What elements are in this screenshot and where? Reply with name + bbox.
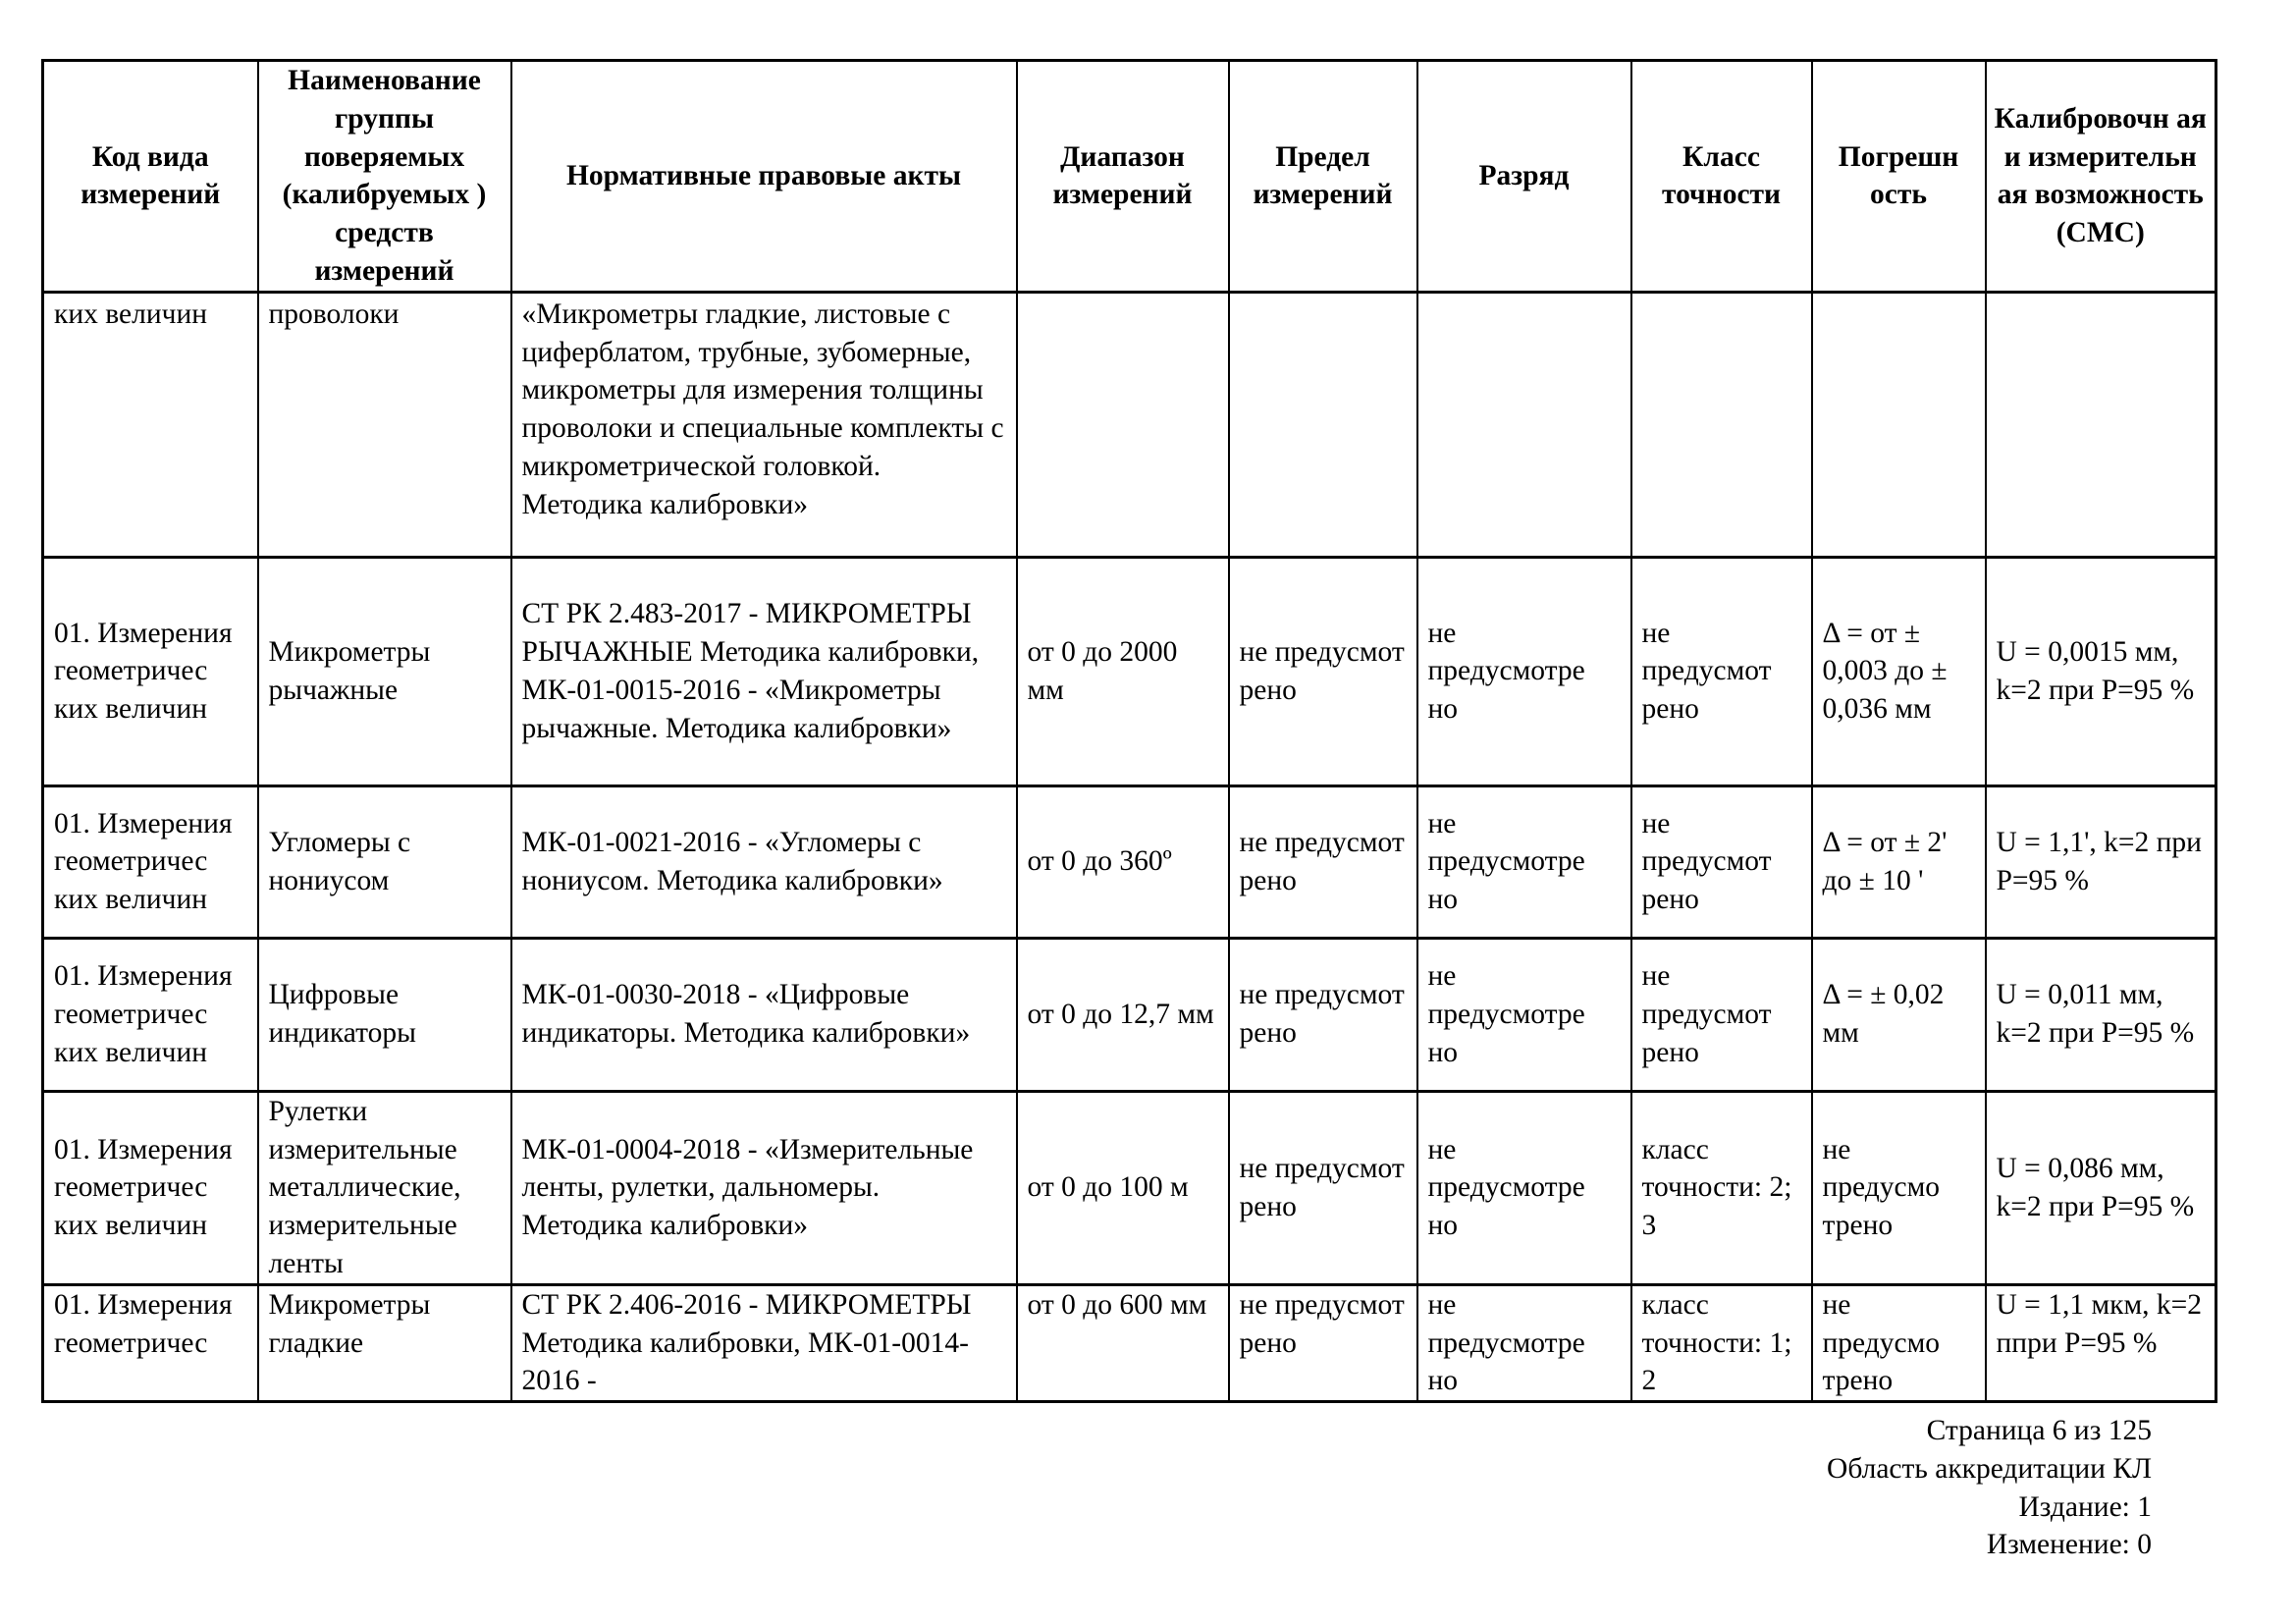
cell-cmc: U = 0,086 мм, k=2 при P=95 % [1986, 1091, 2216, 1284]
cell-cmc: U = 0,011 мм, k=2 при P=95 % [1986, 938, 2216, 1091]
cell-grade: не предусмотре но [1417, 1091, 1631, 1284]
table-header-row: Код вида измерений Наименование группы п… [43, 61, 2216, 293]
cell-code: 01. Измерения геометричес ких величин [43, 1091, 258, 1284]
cell-group: Цифровые индикаторы [258, 938, 511, 1091]
cell-code: ких величин [43, 292, 258, 557]
cell-group: Микрометры рычажные [258, 557, 511, 785]
cell-accuracy-class: класс точности: 2; 3 [1631, 1091, 1812, 1284]
cell-grade: не предусмотре но [1417, 785, 1631, 938]
header-group: Наименование группы поверяемых (калибруе… [258, 61, 511, 293]
header-error: Погрешн ость [1812, 61, 1986, 293]
cell-accuracy-class [1631, 292, 1812, 557]
cell-limit: не предусмот рено [1229, 785, 1417, 938]
cell-range: от 0 до 12,7 мм [1017, 938, 1229, 1091]
cell-accuracy-class: не предусмот рено [1631, 557, 1812, 785]
cell-group: Рулетки измерительные металлические, изм… [258, 1091, 511, 1284]
cell-cmc: U = 1,1 мкм, k=2 ппри P=95 % [1986, 1284, 2216, 1401]
table-row: 01. Измерения геометричес ких величин Уг… [43, 785, 2216, 938]
cell-limit [1229, 292, 1417, 557]
cell-acts: МК-01-0021-2016 - «Угломеры с нониусом. … [511, 785, 1017, 938]
cell-grade: не предусмотре но [1417, 557, 1631, 785]
cell-limit: не предусмот рено [1229, 938, 1417, 1091]
cell-code: 01. Измерения геометричес ких величин [43, 785, 258, 938]
document-scope: Область аккредитации КЛ [1827, 1450, 2152, 1489]
cell-error [1812, 292, 1986, 557]
header-grade: Разряд [1417, 61, 1631, 293]
table-row: 01. Измерения геометричес Микрометры гла… [43, 1284, 2216, 1401]
cell-limit: не предусмот рено [1229, 1091, 1417, 1284]
cell-acts: СТ РК 2.483-2017 - МИКРОМЕТРЫ РЫЧАЖНЫЕ М… [511, 557, 1017, 785]
header-cmc: Калибровочн ая и измерительн ая возможно… [1986, 61, 2216, 293]
header-range: Диапазон измерений [1017, 61, 1229, 293]
cell-cmc [1986, 292, 2216, 557]
table-row: 01. Измерения геометричес ких величин Ци… [43, 938, 2216, 1091]
cell-range [1017, 292, 1229, 557]
cell-range: от 0 до 2000 мм [1017, 557, 1229, 785]
page-footer: Страница 6 из 125 Область аккредитации К… [1827, 1412, 2152, 1564]
cell-accuracy-class: класс точности: 1; 2 [1631, 1284, 1812, 1401]
cell-code: 01. Измерения геометричес ких величин [43, 938, 258, 1091]
cell-grade: не предусмотре но [1417, 938, 1631, 1091]
page-number: Страница 6 из 125 [1827, 1412, 2152, 1450]
cell-range: от 0 до 600 мм [1017, 1284, 1229, 1401]
header-limit: Предел измерений [1229, 61, 1417, 293]
revision: Изменение: 0 [1827, 1526, 2152, 1564]
cell-limit: не предусмот рено [1229, 1284, 1417, 1401]
table-row: 01. Измерения геометричес ких величин Ми… [43, 557, 2216, 785]
cell-range: от 0 до 360º [1017, 785, 1229, 938]
cell-code: 01. Измерения геометричес ких величин [43, 557, 258, 785]
cell-limit: не предусмот рено [1229, 557, 1417, 785]
cell-group: проволоки [258, 292, 511, 557]
table-row: ких величин проволоки «Микрометры гладки… [43, 292, 2216, 557]
cell-error: не предусмо трено [1812, 1091, 1986, 1284]
cell-acts: СТ РК 2.406-2016 - МИКРОМЕТРЫ Методика к… [511, 1284, 1017, 1401]
header-accuracy-class: Класс точности [1631, 61, 1812, 293]
header-acts: Нормативные правовые акты [511, 61, 1017, 293]
cell-range: от 0 до 100 м [1017, 1091, 1229, 1284]
cell-acts: МК-01-0004-2018 - «Измерительные ленты, … [511, 1091, 1017, 1284]
cell-error: не предусмо трено [1812, 1284, 1986, 1401]
edition: Издание: 1 [1827, 1489, 2152, 1527]
accreditation-scope-table: Код вида измерений Наименование группы п… [41, 59, 2217, 1403]
cell-error: Δ = от ± 0,003 до ± 0,036 мм [1812, 557, 1986, 785]
cell-acts: МК-01-0030-2018 - «Цифровые индикаторы. … [511, 938, 1017, 1091]
cell-cmc: U = 1,1', k=2 при P=95 % [1986, 785, 2216, 938]
header-code: Код вида измерений [43, 61, 258, 293]
cell-grade: не предусмотре но [1417, 1284, 1631, 1401]
cell-group: Микрометры гладкие [258, 1284, 511, 1401]
cell-error: Δ = ± 0,02 мм [1812, 938, 1986, 1091]
cell-accuracy-class: не предусмот рено [1631, 938, 1812, 1091]
cell-group: Угломеры с нониусом [258, 785, 511, 938]
table-row: 01. Измерения геометричес ких величин Ру… [43, 1091, 2216, 1284]
cell-acts: «Микрометры гладкие, листовые с цифербла… [511, 292, 1017, 557]
cell-grade [1417, 292, 1631, 557]
cell-cmc: U = 0,0015 мм, k=2 при P=95 % [1986, 557, 2216, 785]
cell-error: Δ = от ± 2' до ± 10 ' [1812, 785, 1986, 938]
cell-accuracy-class: не предусмот рено [1631, 785, 1812, 938]
cell-code: 01. Измерения геометричес [43, 1284, 258, 1401]
